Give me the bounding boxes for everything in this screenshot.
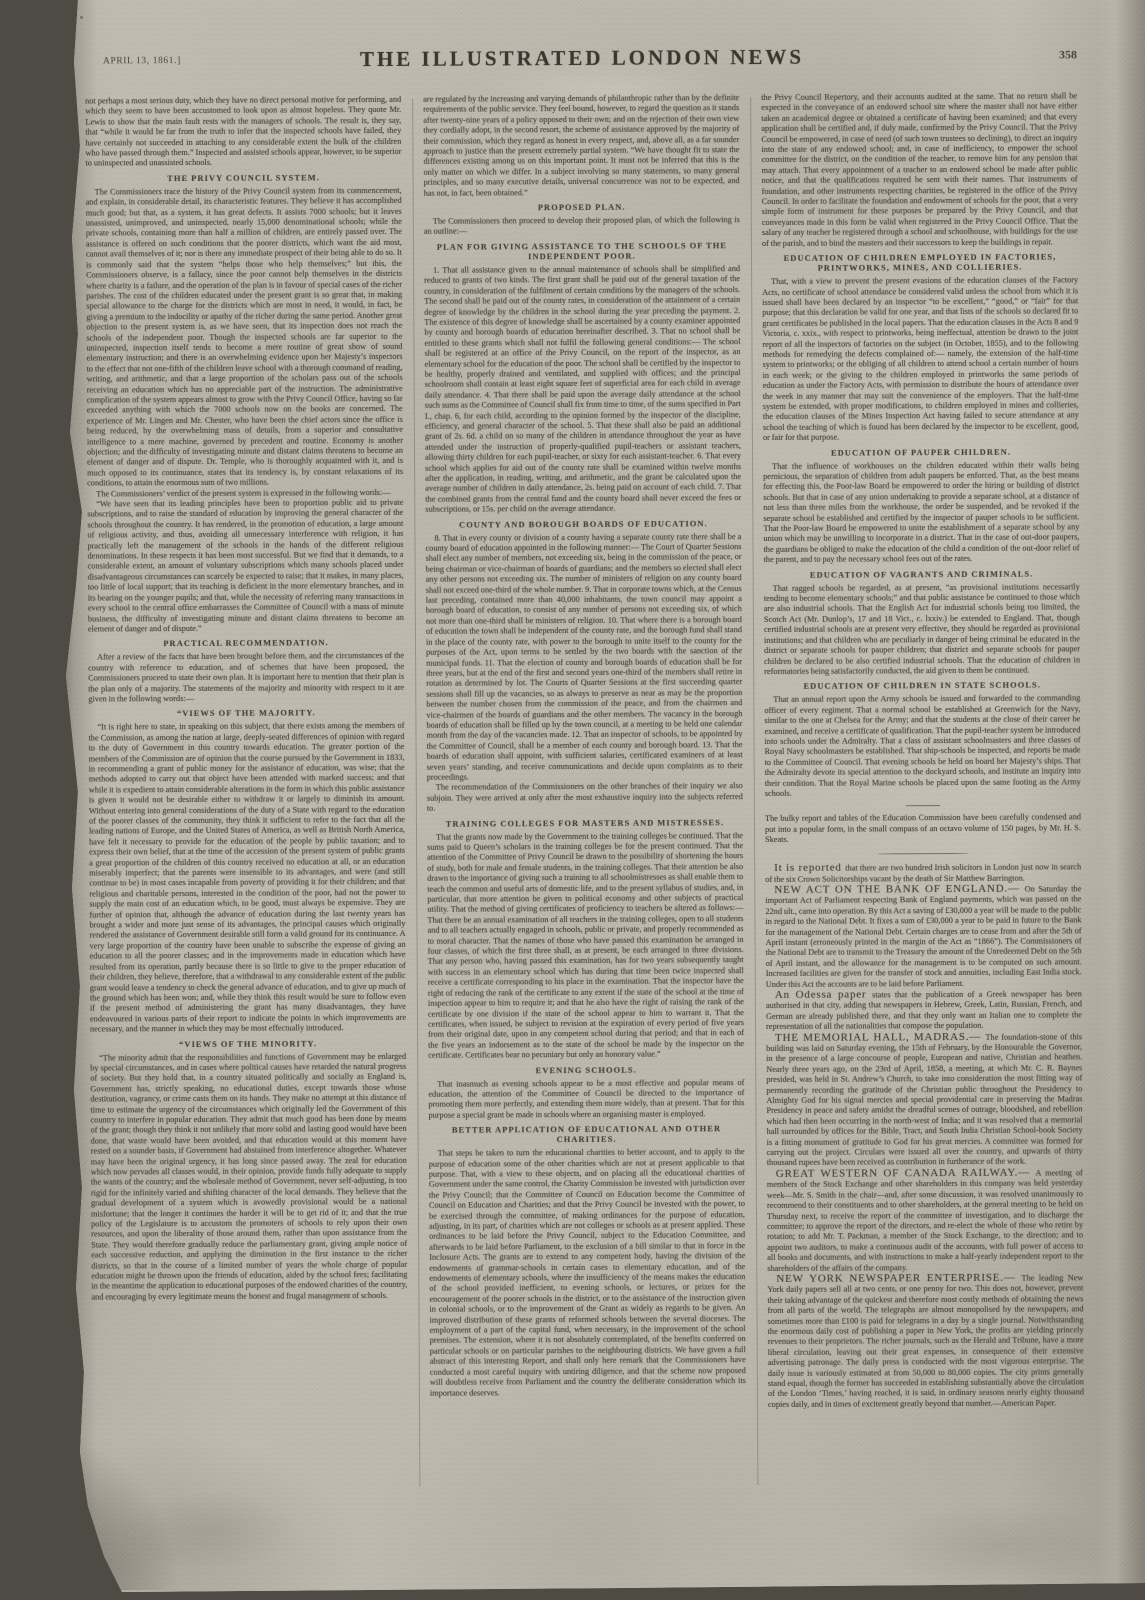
- section-heading: EDUCATION OF VAGRANTS AND CRIMINALS.: [770, 569, 1074, 581]
- paragraph: 1. That all assistance given to the annu…: [424, 264, 741, 515]
- column-1: not perhaps a most serious duty, which t…: [85, 95, 408, 1495]
- item-lead: An Odessa paper: [775, 988, 872, 1001]
- paragraph: After a review of the facts that have be…: [88, 651, 404, 705]
- section-heading: EVENING SCHOOLS.: [434, 1065, 738, 1077]
- paragraph: That the grants now made by the Governme…: [427, 831, 744, 1062]
- item-lead: GREAT WESTERN OF CANADA RAILWAY.—: [776, 1166, 1036, 1179]
- paragraph: The bulky report and tables of the Educa…: [765, 813, 1081, 846]
- section-heading: EDUCATION OF CHILDREN IN STATE SCHOOLS.: [770, 681, 1074, 693]
- paragraph: That inasmuch as evening schools appear …: [428, 1078, 744, 1121]
- newspaper-page: APRIL 13, 1861.] THE ILLUSTRATED LONDON …: [0, 0, 1145, 1600]
- paragraph: That steps be taken to turn the educatio…: [429, 1147, 746, 1398]
- divider-rule: [877, 853, 969, 855]
- section-heading: “VIEWS OF THE MAJORITY.: [94, 708, 398, 720]
- divider-rule: [906, 805, 940, 806]
- paragraph: That ragged schools be regarded, as at p…: [764, 582, 1080, 677]
- paragraph: The recommendation of the Commissioners …: [427, 781, 743, 814]
- paragraph: GREAT WESTERN OF CANADA RAILWAY.— A meet…: [767, 1167, 1084, 1274]
- section-heading: COUNTY AND BOROUGH BOARDS OF EDUCATION.: [431, 519, 735, 531]
- paragraph: “We have seen that its leading principle…: [87, 498, 404, 635]
- paragraph: NEW YORK NEWSPAPER ENTERPRISE.— The lead…: [767, 1272, 1084, 1410]
- column-divider-rule: [412, 99, 420, 1487]
- paragraph: An Odessa paper states that the publicat…: [766, 988, 1082, 1032]
- paragraph: That an annual report upon the Army scho…: [764, 694, 1081, 800]
- page-number: 358: [1059, 47, 1077, 62]
- paragraph: not perhaps a most serious duty, which t…: [85, 95, 401, 169]
- article-columns: not perhaps a most serious duty, which t…: [85, 91, 1086, 1496]
- paragraph: NEW ACT ON THE BANK OF ENGLAND.— On Satu…: [765, 883, 1082, 990]
- paragraph: The Commissioners then proceed to develo…: [424, 215, 740, 237]
- column-3: the Privy Council Repertory, and their a…: [761, 91, 1084, 1491]
- section-heading: TRAINING COLLEGES FOR MASTERS AND MISTRE…: [433, 818, 737, 830]
- paragraph: the Privy Council Repertory, and their a…: [761, 91, 1078, 249]
- column-divider-rule: [750, 97, 758, 1485]
- masthead-title: THE ILLUSTRATED LONDON NEWS: [85, 43, 1079, 73]
- printed-matter: APRIL 13, 1861.] THE ILLUSTRATED LONDON …: [0, 0, 1145, 1600]
- item-lead: It is reported: [774, 862, 845, 874]
- column-2: are regulated by the increasing and vary…: [423, 93, 746, 1493]
- paragraph: THE MEMORIAL HALL, MADRAS.— The foundati…: [766, 1031, 1083, 1169]
- section-heading: BETTER APPLICATION OF EDUCATIONAL AND OT…: [435, 1124, 739, 1146]
- item-lead: NEW ACT ON THE BANK OF ENGLAND.—: [774, 883, 1024, 896]
- ink-speck: [67, 8, 72, 12]
- paragraph: It is reported that there are two hundre…: [765, 861, 1081, 884]
- ink-speck: [62, 120, 66, 126]
- item-lead: THE MEMORIAL HALL, MADRAS.—: [775, 1030, 985, 1043]
- paragraph: The Commissioners trace the history of t…: [86, 186, 404, 489]
- paragraph: “It is right here to state, in speaking …: [88, 721, 406, 1035]
- paragraph: 8. That in every county or division of a…: [425, 532, 742, 783]
- section-heading: PRACTICAL RECOMMENDATION.: [94, 638, 398, 650]
- paragraph: That the influence of workhouses on the …: [763, 460, 1080, 566]
- section-heading: EDUCATION OF PAUPER CHILDREN.: [769, 447, 1073, 459]
- section-heading: “VIEWS OF THE MINORITY.: [96, 1038, 400, 1050]
- section-heading: PROPOSED PLAN.: [430, 202, 734, 214]
- section-heading: EDUCATION OF CHILDREN EMPLOYED IN FACTOR…: [768, 252, 1072, 274]
- page-header: APRIL 13, 1861.] THE ILLUSTRATED LONDON …: [85, 43, 1079, 74]
- paragraph: “The minority admit that the responsibil…: [90, 1051, 407, 1302]
- paragraph: are regulated by the increasing and vary…: [423, 93, 740, 199]
- section-heading: THE PRIVY COUNCIL SYSTEM.: [92, 173, 396, 185]
- paragraph: That, with a view to prevent the present…: [762, 275, 1079, 443]
- item-lead: NEW YORK NEWSPAPER ENTERPRISE.—: [776, 1272, 1021, 1285]
- section-heading: PLAN FOR GIVING ASSISTANCE TO THE SCHOOL…: [430, 241, 734, 263]
